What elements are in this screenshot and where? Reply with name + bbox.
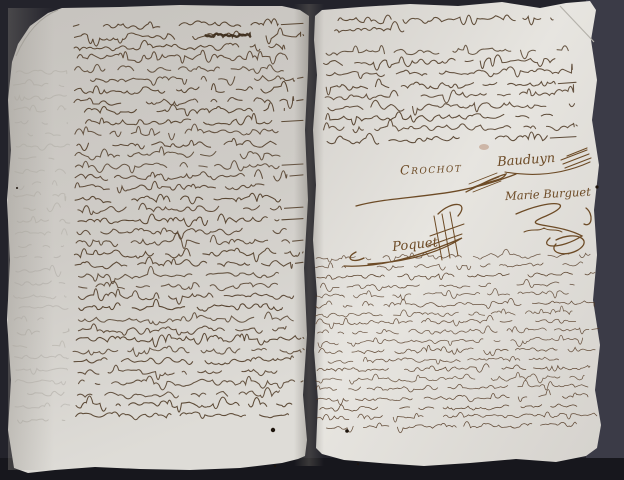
ink-blot <box>271 428 275 432</box>
ink-blot <box>595 185 598 188</box>
gutter-shadow <box>294 4 324 466</box>
ink-blot <box>357 463 359 465</box>
ink-blot <box>16 187 18 189</box>
ink-blot <box>345 429 349 433</box>
stain <box>479 144 489 150</box>
manuscript-scan: Crochot Bauduyn Marie Burguet Poquet <box>0 0 624 480</box>
manuscript-svg: Crochot Bauduyn Marie Burguet Poquet <box>0 0 624 480</box>
left-page-edge-shading <box>8 8 54 470</box>
ink-blot <box>274 465 276 467</box>
